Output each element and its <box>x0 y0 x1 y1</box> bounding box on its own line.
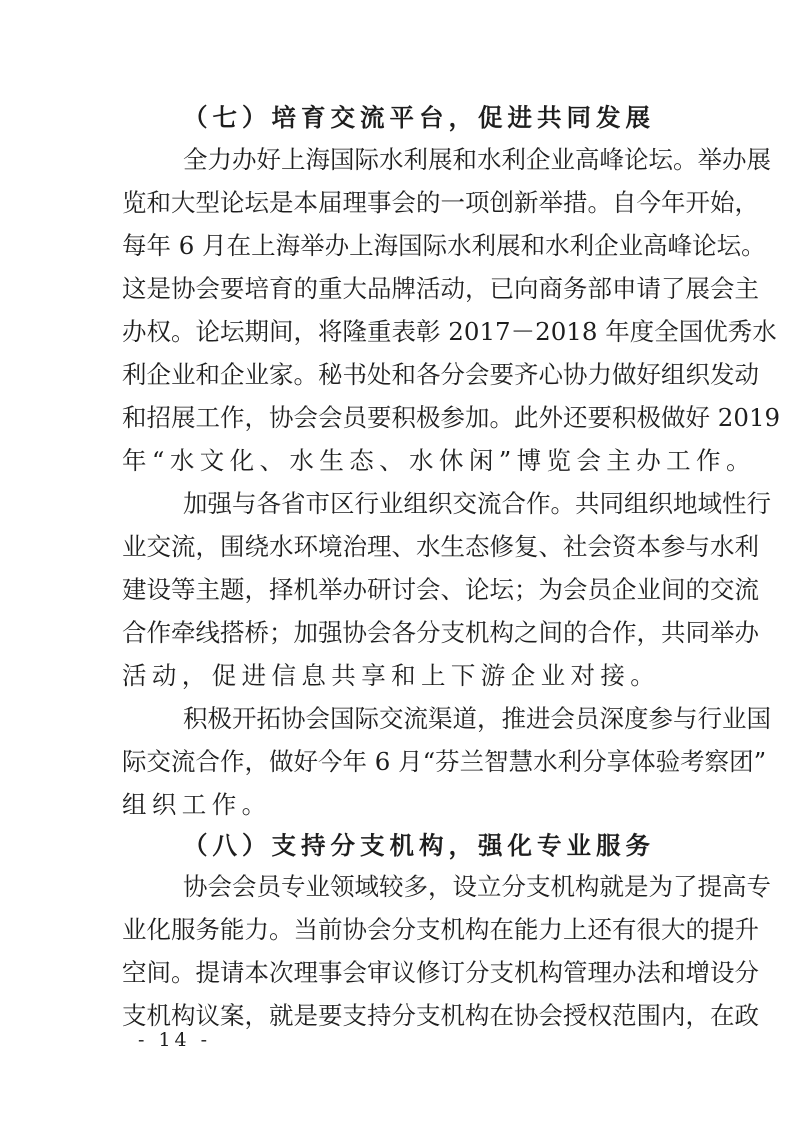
paragraph-line: 积极开拓协会国际交流渠道，推进会员深度参与行业国 <box>122 697 674 740</box>
paragraph-line: 业交流，围绕水环境治理、水生态修复、社会资本参与水利 <box>122 525 674 568</box>
paragraph-line: 建设等主题，择机举办研讨会、论坛；为会员企业间的交流 <box>122 568 674 611</box>
paragraph-regional-cooperation: 加强与各省市区行业组织交流合作。共同组织地域性行 业交流，围绕水环境治理、水生态… <box>122 482 674 697</box>
paragraph-line: 年“水文化、水生态、水休闲”博览会主办工作。 <box>122 439 674 482</box>
paragraph-line: 协会会员专业领域较多，设立分支机构就是为了提高专 <box>122 865 674 908</box>
paragraph-line: 和招展工作，协会会员要积极参加。此外还要积极做好 2019 <box>122 396 674 439</box>
paragraph-line: 加强与各省市区行业组织交流合作。共同组织地域性行 <box>122 482 674 525</box>
paragraph-line: 览和大型论坛是本届理事会的一项创新举措。自今年开始， <box>122 181 674 224</box>
paragraph-line: 全力办好上海国际水利展和水利企业高峰论坛。举办展 <box>122 138 674 181</box>
paragraph-line: 组织工作。 <box>122 783 674 826</box>
paragraph-line: 际交流合作，做好今年 6 月“芬兰智慧水利分享体验考察团” <box>122 740 674 783</box>
paragraph-line: 这是协会要培育的重大品牌活动，已向商务部申请了展会主 <box>122 267 674 310</box>
section-heading-7: （七）培育交流平台，促进共同发展 <box>122 97 674 138</box>
paragraph-international-exchange: 积极开拓协会国际交流渠道，推进会员深度参与行业国 际交流合作，做好今年 6 月“… <box>122 697 674 826</box>
paragraph-line: 活动，促进信息共享和上下游企业对接。 <box>122 654 674 697</box>
paragraph-expo-forum: 全力办好上海国际水利展和水利企业高峰论坛。举办展 览和大型论坛是本届理事会的一项… <box>122 138 674 482</box>
paragraph-line: 空间。提请本次理事会审议修订分支机构管理办法和增设分 <box>122 951 674 994</box>
paragraph-line: 合作牵线搭桥；加强协会各分支机构之间的合作，共同举办 <box>122 611 674 654</box>
document-body: （七）培育交流平台，促进共同发展 全力办好上海国际水利展和水利企业高峰论坛。举办… <box>122 97 674 1037</box>
document-page: （七）培育交流平台，促进共同发展 全力办好上海国际水利展和水利企业高峰论坛。举办… <box>0 0 800 1131</box>
paragraph-line: 业化服务能力。当前协会分支机构在能力上还有很大的提升 <box>122 908 674 951</box>
paragraph-line: 办权。论坛期间，将隆重表彰 2017－2018 年度全国优秀水 <box>122 310 674 353</box>
paragraph-branch-support: 协会会员专业领域较多，设立分支机构就是为了提高专 业化服务能力。当前协会分支机构… <box>122 865 674 1037</box>
paragraph-line: 利企业和企业家。秘书处和各分会要齐心协力做好组织发动 <box>122 353 674 396</box>
page-number: - 14 - <box>138 1026 211 1054</box>
paragraph-line: 每年 6 月在上海举办上海国际水利展和水利企业高峰论坛。 <box>122 224 674 267</box>
section-heading-8: （八）支持分支机构，强化专业服务 <box>122 826 674 865</box>
